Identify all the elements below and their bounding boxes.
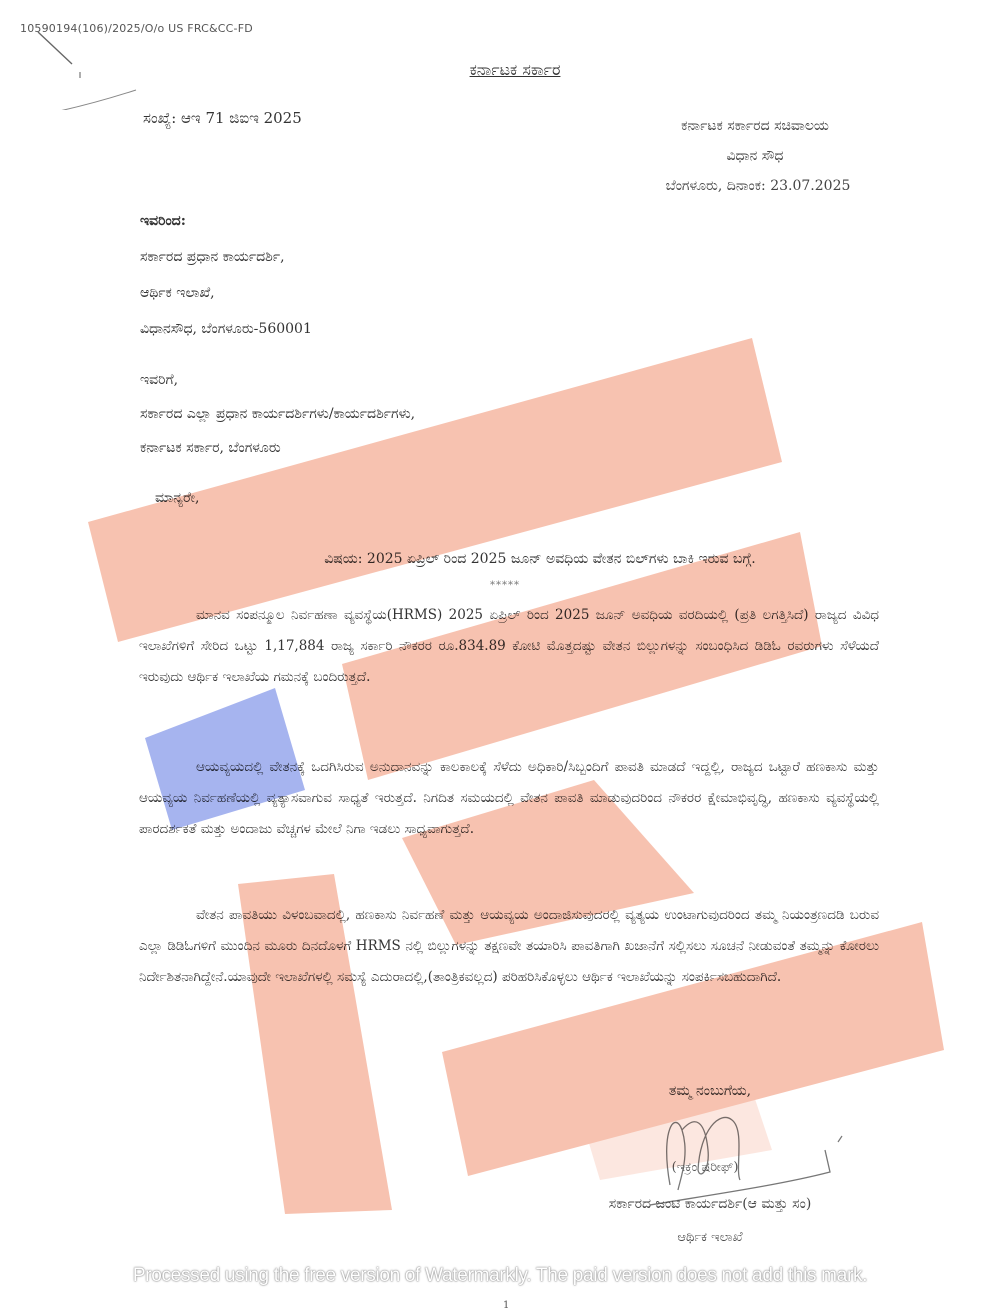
document-title: ಕರ್ನಾಟಕ ಸರ್ಕಾರ <box>0 60 1000 80</box>
pen-marks <box>0 0 160 114</box>
closing: ತಮ್ಮ ನಂಬುಗೆಯ, <box>600 1083 820 1099</box>
signatory-department: ಆರ್ಥಿಕ ಇಲಾಖೆ <box>540 1230 880 1245</box>
salutation: ಮಾನ್ಯರೇ, <box>155 490 199 506</box>
reference-number: 10590194(106)/2025/O/o US FRC&CC-FD <box>20 22 253 35</box>
sender-heading: ಇವರಿಂದ: <box>140 203 312 239</box>
signatory-name: (ಇಕ್ರಂ ಷರೀಫ್) <box>600 1160 810 1175</box>
watermark-text: Processed using the free version of Wate… <box>0 1265 1000 1287</box>
sender-line: ವಿಧಾನಸೌಧ, ಬೆಂಗಳೂರು-560001 <box>140 311 312 347</box>
sender-block: ಇವರಿಂದ: ಸರ್ಕಾರದ ಪ್ರಧಾನ ಕಾರ್ಯದರ್ಶಿ, ಆರ್ಥಿ… <box>140 203 312 347</box>
subject-line: ವಿಷಯ: 2025 ಏಪ್ರಿಲ್ ರಿಂದ 2025 ಜೂನ್ ಅವಧಿಯ … <box>0 551 1000 567</box>
office-line-1: ಕರ್ನಾಟಕ ಸರ್ಕಾರದ ಸಚಿವಾಲಯ <box>620 111 890 141</box>
page-number: 1 <box>503 1300 509 1311</box>
sender-line: ಸರ್ಕಾರದ ಪ್ರಧಾನ ಕಾರ್ಯದರ್ಶಿ, <box>140 239 312 275</box>
separator: ***** <box>0 580 1000 591</box>
recipient-block: ಇವರಿಗೆ, ಸರ್ಕಾರದ ಎಲ್ಲಾ ಪ್ರಧಾನ ಕಾರ್ಯದರ್ಶಿಗ… <box>140 363 415 465</box>
recipient-heading: ಇವರಿಗೆ, <box>140 363 415 397</box>
recipient-line: ಸರ್ಕಾರದ ಎಲ್ಲಾ ಪ್ರಧಾನ ಕಾರ್ಯದರ್ಶಿಗಳು/ಕಾರ್ಯ… <box>140 397 415 431</box>
office-date: ಬೆಂಗಳೂರು, ದಿನಾಂಕ: 23.07.2025 <box>626 171 890 201</box>
sender-line: ಆರ್ಥಿಕ ಇಲಾಖೆ, <box>140 275 312 311</box>
paragraph-2: ಆಯವ್ಯಯದಲ್ಲಿ ವೇತನಕ್ಕೆ ಒದಗಿಸಿರುವ ಅನುದಾನವನ್… <box>139 752 879 845</box>
office-line-2: ವಿಧಾನ ಸೌಧ <box>620 141 890 171</box>
paragraph-3: ವೇತನ ಪಾವತಿಯು ವಿಳಂಬವಾದಲ್ಲಿ, ಹಣಕಾಸು ನಿರ್ವಹ… <box>139 900 879 993</box>
signatory-designation: ಸರ್ಕಾರದ ಜಂಟಿ ಕಾರ್ಯದರ್ಶಿ(ಆ ಮತ್ತು ಸಂ) <box>540 1196 880 1212</box>
file-number: ಸಂಖ್ಯೆ: ಆಇ 71 ಜಿಐಇ 2025 <box>143 109 302 127</box>
office-address: ಕರ್ನಾಟಕ ಸರ್ಕಾರದ ಸಚಿವಾಲಯ ವಿಧಾನ ಸೌಧ ಬೆಂಗಳೂ… <box>620 111 890 201</box>
paragraph-1: ಮಾನವ ಸಂಪನ್ಮೂಲ ನಿರ್ವಹಣಾ ವ್ಯವಸ್ಥೆಯ(HRMS) 2… <box>139 600 879 693</box>
recipient-line: ಕರ್ನಾಟಕ ಸರ್ಕಾರ, ಬೆಂಗಳೂರು <box>140 431 415 465</box>
